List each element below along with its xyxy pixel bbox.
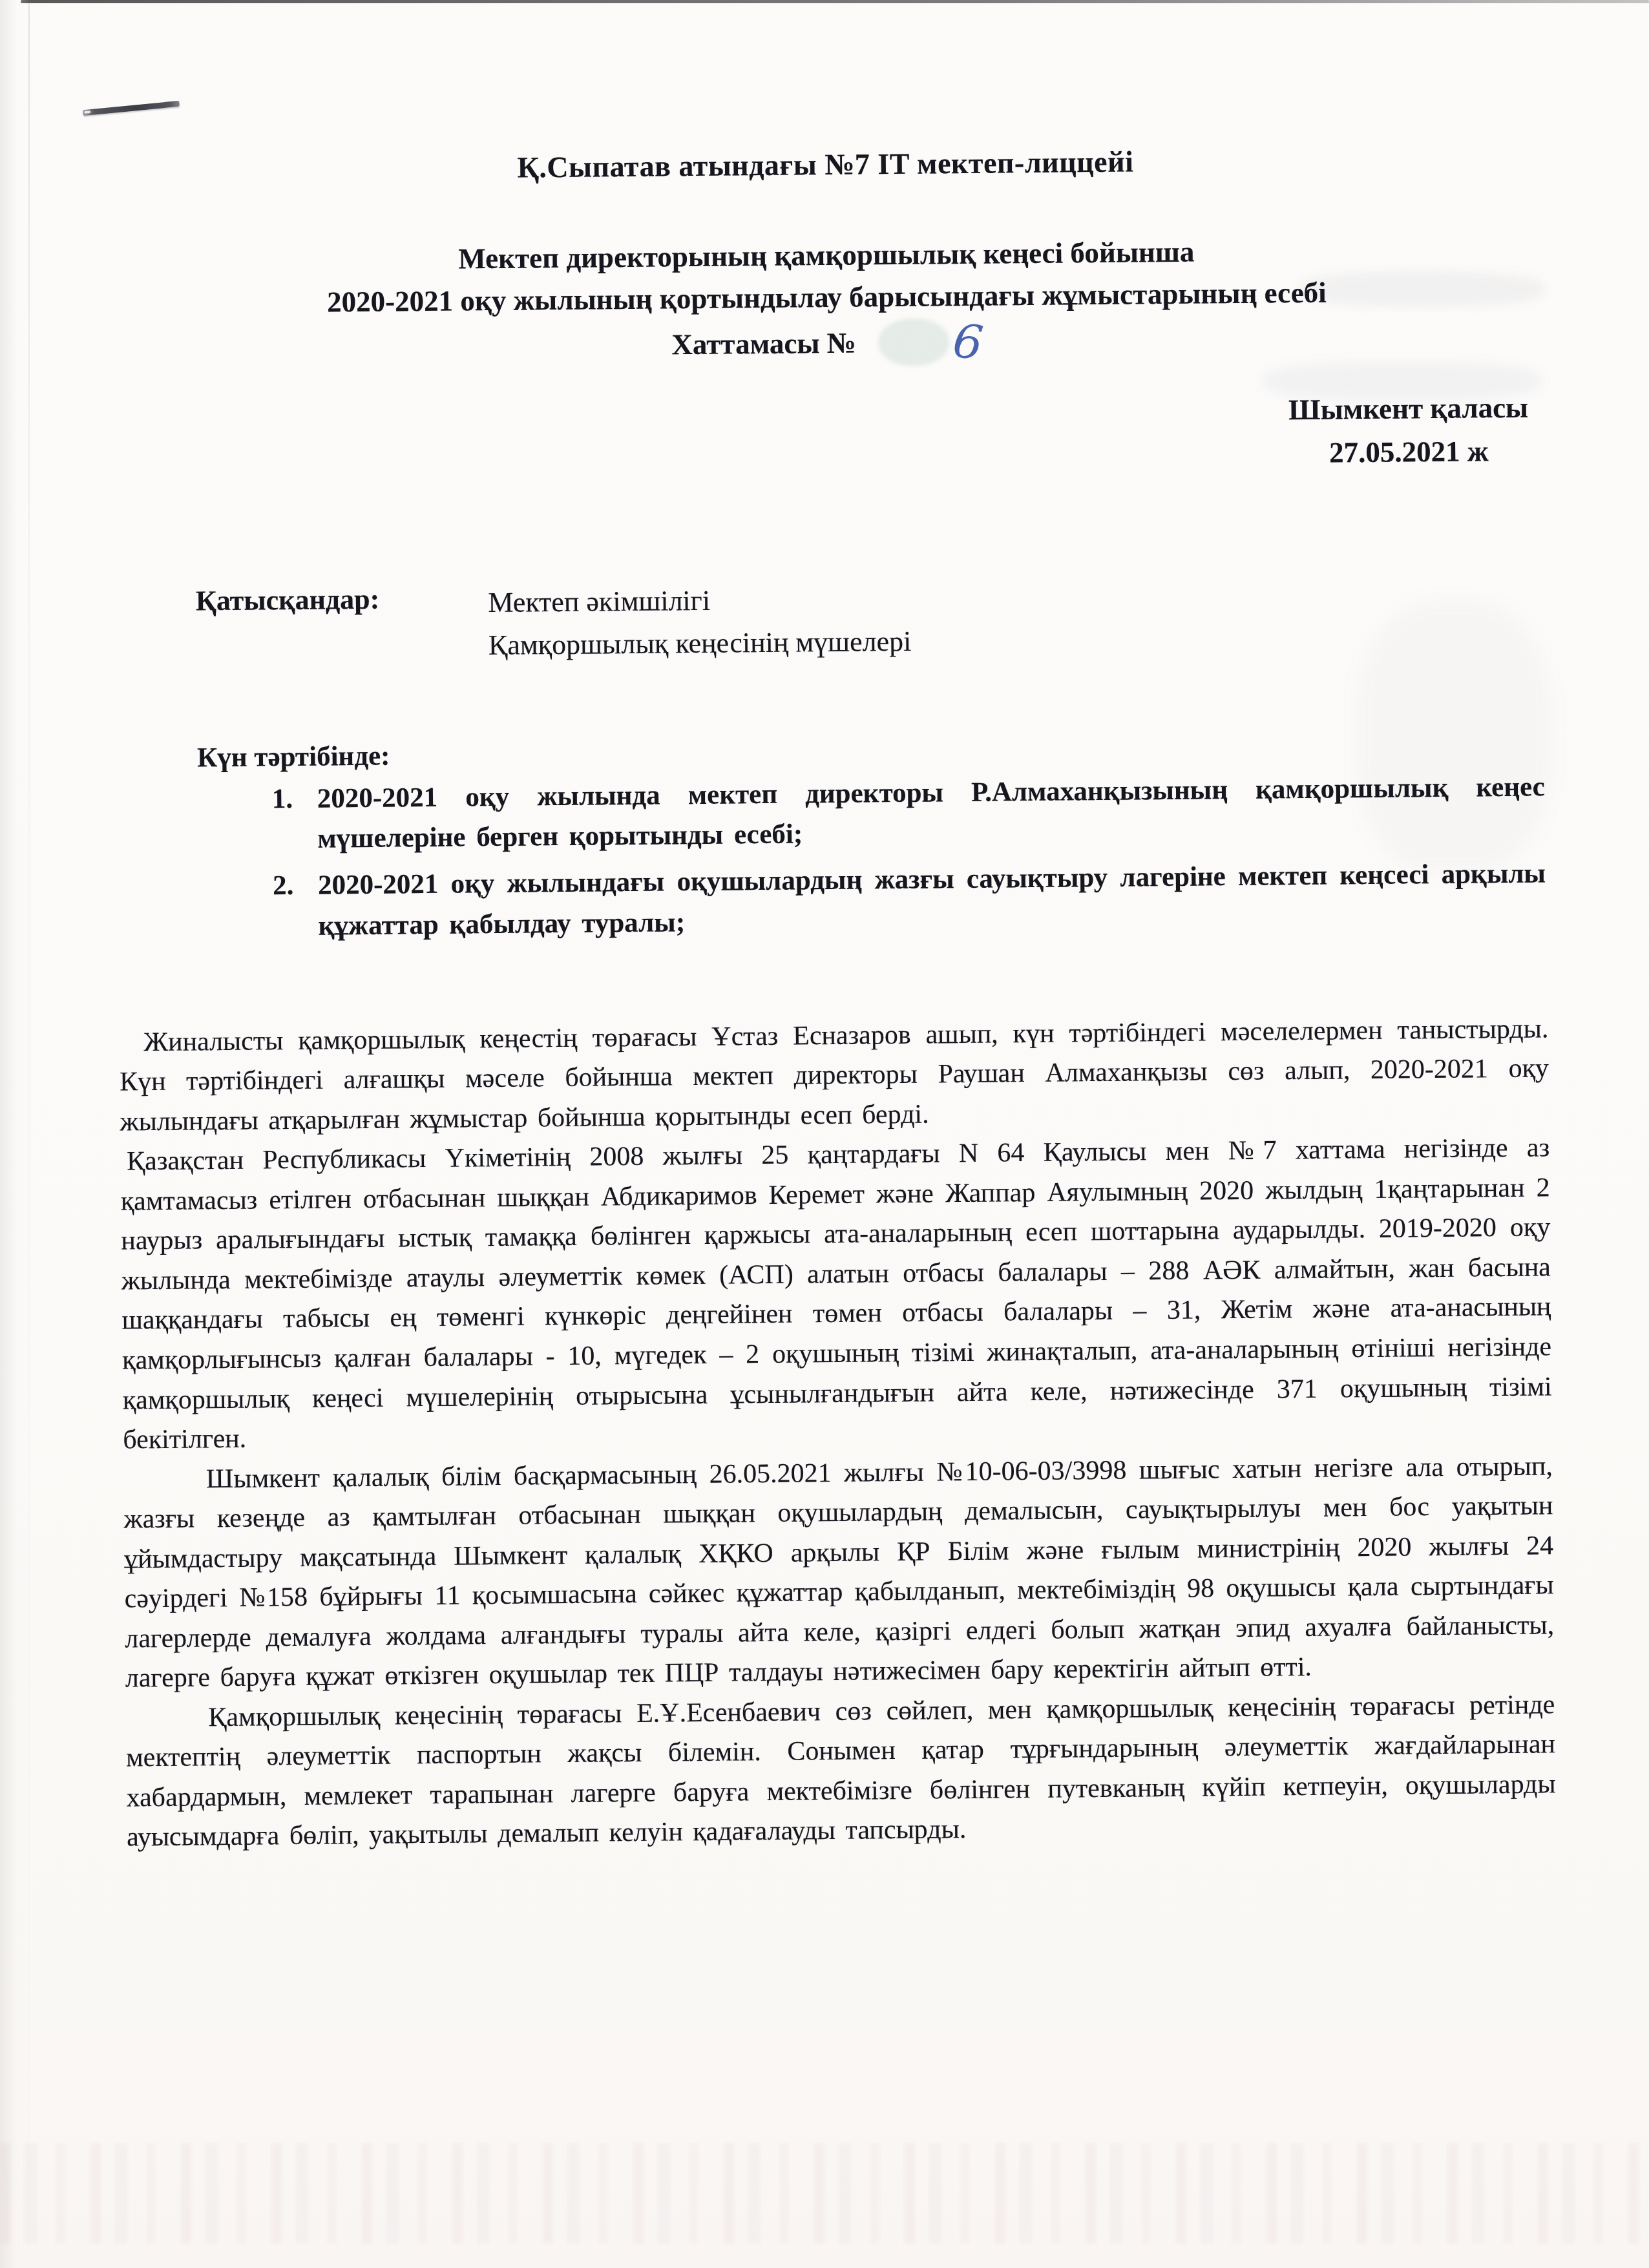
school-title: Қ.Сыпатав атындағы №7 IT мектеп-лиццейі bbox=[110, 140, 1540, 188]
protocol-number-handwritten: 6 bbox=[951, 317, 985, 366]
agenda-section: Күн тәртібінде: 1. 2020-2021 оқу жылында… bbox=[116, 729, 1548, 949]
whiteout-smudge bbox=[878, 318, 950, 366]
body-paragraph: Шымкент қалалық білім басқармасының 26.0… bbox=[123, 1447, 1555, 1699]
agenda-item-text: 2020-2021 оқу жылындағы оқушылардың жазғ… bbox=[318, 859, 1546, 941]
place-date-block: Шымкент қаласы 27.05.2021 ж bbox=[113, 386, 1543, 487]
document-content: Қ.Сыпатав атындағы №7 IT мектеп-лиццейі … bbox=[109, 0, 1556, 1858]
agenda-item: 1. 2020-2021 оқу жылында мектеп директор… bbox=[117, 767, 1547, 861]
participants-section: Қатысқандар: Мектеп әкімшілігі Қамқоршыл… bbox=[115, 571, 1545, 670]
document-date: 27.05.2021 ж bbox=[1288, 430, 1529, 476]
agenda-label: Күн тәртібінде: bbox=[197, 729, 1546, 773]
body-paragraph: Қазақстан Республикасы Үкіметінің 2008 ж… bbox=[120, 1129, 1553, 1460]
agenda-item: 2. 2020-2021 оқу жылындағы оқушылардың ж… bbox=[118, 854, 1548, 949]
agenda-item-number: 1. bbox=[272, 779, 293, 820]
scan-artifact-streaks bbox=[0, 2143, 1649, 2243]
agenda-item-number: 2. bbox=[273, 866, 294, 907]
participant-item: Қамқоршылық кеңесінің мүшелері bbox=[488, 620, 912, 666]
body-paragraph: Жиналысты қамқоршылық кеңестің төрағасы … bbox=[119, 1009, 1549, 1142]
document-heading: Мектеп директорының қамқоршылық кеңесі б… bbox=[112, 227, 1542, 373]
scanned-protocol-document: Қ.Сыпатав атындағы №7 IT мектеп-лиццейі … bbox=[0, 0, 1649, 2268]
paper-left-edge-line bbox=[28, 3, 30, 2180]
body-paragraph: Қамқоршылық кеңесінің төрағасы Е.Ұ.Есенб… bbox=[125, 1685, 1556, 1858]
city-name: Шымкент қаласы bbox=[1288, 386, 1529, 432]
participant-item: Мектеп әкімшілігі bbox=[488, 577, 911, 624]
paper-left-edge bbox=[0, 0, 30, 2268]
agenda-item-text: 2020-2021 оқу жылында мектеп директоры Р… bbox=[317, 772, 1545, 854]
protocol-label: Хаттамасы № bbox=[671, 326, 856, 361]
participants-label: Қатысқандар: bbox=[196, 582, 380, 617]
document-body: Жиналысты қамқоршылық кеңестің төрағасы … bbox=[119, 1009, 1556, 1858]
